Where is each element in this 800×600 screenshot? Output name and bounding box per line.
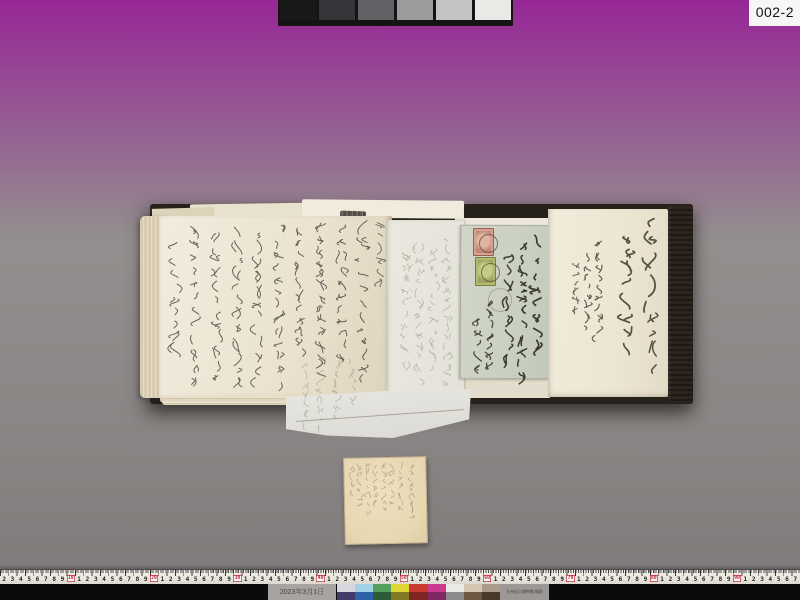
ruler-number: 2 bbox=[167, 575, 175, 585]
color-patch bbox=[355, 592, 373, 600]
ruler-number: 1 bbox=[75, 575, 83, 585]
ruler-number: 6 bbox=[33, 575, 41, 585]
ruler-number: 4 bbox=[183, 575, 191, 585]
color-patch bbox=[446, 584, 464, 592]
ruler-number: 7 bbox=[541, 575, 549, 585]
ruler-number: 5 bbox=[775, 575, 783, 585]
color-patch bbox=[373, 592, 391, 600]
archival-photograph: 002-2 2345678910123456789201234567893012… bbox=[0, 0, 800, 600]
grayscale-patch bbox=[280, 0, 316, 20]
ruler-number: 2 bbox=[250, 575, 258, 585]
ruler-number: 80 bbox=[650, 575, 658, 582]
color-patch bbox=[409, 592, 427, 600]
grayscale-patch bbox=[319, 0, 355, 20]
hanging-tissue-sheet bbox=[286, 389, 471, 438]
ruler-number: 9 bbox=[641, 575, 649, 585]
date-stamp: 2023年3月1日 bbox=[268, 584, 336, 600]
color-patch bbox=[337, 592, 355, 600]
grayscale-patch bbox=[358, 0, 394, 20]
ruler-number: 5 bbox=[275, 575, 283, 585]
ruler-number: 7 bbox=[375, 575, 383, 585]
ruler-number: 3 bbox=[591, 575, 599, 585]
ruler-number: 7 bbox=[291, 575, 299, 585]
color-patch bbox=[409, 584, 427, 592]
ruler-number: 2 bbox=[416, 575, 424, 585]
ruler-number: 8 bbox=[217, 575, 225, 585]
color-bar-bottom-row bbox=[337, 592, 500, 600]
ruler-number: 1 bbox=[325, 575, 333, 585]
postmark-circle bbox=[488, 288, 512, 312]
ruler-number: 9 bbox=[391, 575, 399, 585]
ruler-number: 8 bbox=[50, 575, 58, 585]
ruler-number: 4 bbox=[516, 575, 524, 585]
ruler-number: 1 bbox=[658, 575, 666, 585]
ruler-number: 6 bbox=[366, 575, 374, 585]
ruler-number: 1 bbox=[408, 575, 416, 585]
ruler-number: 6 bbox=[700, 575, 708, 585]
color-patch bbox=[373, 584, 391, 592]
grayscale-patch bbox=[436, 0, 472, 20]
ruler-number: 5 bbox=[25, 575, 33, 585]
ruler-number: 2 bbox=[500, 575, 508, 585]
ruler-number: 7 bbox=[42, 575, 50, 585]
ruler-number: 7 bbox=[458, 575, 466, 585]
ruler-number: 6 bbox=[283, 575, 291, 585]
color-patch bbox=[464, 592, 482, 600]
footer-strip: 2023年3月1日 九州国立博物館 撮影 bbox=[0, 584, 800, 600]
ruler-number: 9 bbox=[475, 575, 483, 585]
color-patch bbox=[464, 584, 482, 592]
ruler-number: 3 bbox=[341, 575, 349, 585]
ruler-number: 6 bbox=[117, 575, 125, 585]
museum-credit: 九州国立博物館 撮影 bbox=[500, 584, 549, 600]
ruler-number: 8 bbox=[633, 575, 641, 585]
scale-ruler: 2345678910123456789201234567893012345678… bbox=[0, 569, 800, 585]
grayscale-patch bbox=[397, 0, 433, 20]
ruler-number: 5 bbox=[441, 575, 449, 585]
ruler-number: 8 bbox=[466, 575, 474, 585]
handwritten-note-card bbox=[343, 456, 428, 545]
ruler-number: 5 bbox=[525, 575, 533, 585]
color-patch bbox=[355, 584, 373, 592]
ruler-number: 30 bbox=[233, 575, 241, 582]
ruler-number: 3 bbox=[175, 575, 183, 585]
color-patch bbox=[428, 592, 446, 600]
right-page bbox=[548, 209, 668, 397]
ruler-number: 1 bbox=[491, 575, 499, 585]
color-patch bbox=[337, 584, 355, 592]
postmark-circle bbox=[479, 234, 498, 253]
ruler-number: 4 bbox=[100, 575, 108, 585]
ruler-number: 9 bbox=[225, 575, 233, 585]
color-calibration-bar bbox=[337, 584, 500, 600]
ruler-number: 8 bbox=[716, 575, 724, 585]
color-patch bbox=[482, 592, 500, 600]
ruler-number: 4 bbox=[766, 575, 774, 585]
ruler-number: 90 bbox=[733, 575, 741, 582]
ruler-number: 8 bbox=[300, 575, 308, 585]
ruler-number: 4 bbox=[350, 575, 358, 585]
ruler-number: 4 bbox=[17, 575, 25, 585]
ruler-number: 3 bbox=[258, 575, 266, 585]
ruler-number: 7 bbox=[708, 575, 716, 585]
ruler-number: 2 bbox=[0, 575, 8, 585]
ruler-number: 3 bbox=[425, 575, 433, 585]
ruler-number: 3 bbox=[8, 575, 16, 585]
color-patch bbox=[428, 584, 446, 592]
ruler-number: 4 bbox=[433, 575, 441, 585]
grayscale-calibration-bar bbox=[278, 0, 513, 26]
ruler-number: 9 bbox=[725, 575, 733, 585]
ruler-number: 1 bbox=[575, 575, 583, 585]
ruler-number: 5 bbox=[608, 575, 616, 585]
ruler-number: 9 bbox=[58, 575, 66, 585]
ruler-number: 5 bbox=[691, 575, 699, 585]
ruler-numbers: 2345678910123456789201234567893012345678… bbox=[0, 575, 800, 585]
ruler-number: 1 bbox=[242, 575, 250, 585]
ruler-number: 3 bbox=[758, 575, 766, 585]
ruler-number: 4 bbox=[267, 575, 275, 585]
ruler-number: 7 bbox=[208, 575, 216, 585]
middle-letter-sheet bbox=[386, 220, 464, 398]
ruler-number: 7 bbox=[791, 575, 799, 585]
left-page bbox=[160, 216, 392, 402]
ruler-number: 5 bbox=[358, 575, 366, 585]
ruler-number: 9 bbox=[558, 575, 566, 585]
color-patch bbox=[391, 584, 409, 592]
ruler-number: 6 bbox=[616, 575, 624, 585]
color-patch bbox=[391, 592, 409, 600]
ruler-number: 1 bbox=[158, 575, 166, 585]
ruler-number: 10 bbox=[67, 575, 75, 582]
ruler-number: 1 bbox=[741, 575, 749, 585]
ruler-number: 50 bbox=[400, 575, 408, 582]
ruler-number: 6 bbox=[200, 575, 208, 585]
ruler-number: 3 bbox=[675, 575, 683, 585]
ruler-number: 9 bbox=[308, 575, 316, 585]
color-patch bbox=[446, 592, 464, 600]
ruler-number: 4 bbox=[683, 575, 691, 585]
ruler-number: 7 bbox=[625, 575, 633, 585]
ruler-number: 4 bbox=[600, 575, 608, 585]
ruler-number: 7 bbox=[125, 575, 133, 585]
ruler-number: 70 bbox=[566, 575, 574, 582]
ruler-number: 2 bbox=[666, 575, 674, 585]
photo-id-label: 002-2 bbox=[749, 0, 800, 26]
ruler-number: 2 bbox=[750, 575, 758, 585]
cover-right-edge bbox=[668, 206, 693, 402]
ruler-number: 60 bbox=[483, 575, 491, 582]
ruler-number: 5 bbox=[192, 575, 200, 585]
ruler-number: 6 bbox=[450, 575, 458, 585]
ruler-number: 40 bbox=[316, 575, 324, 582]
ruler-number: 9 bbox=[142, 575, 150, 585]
ruler-number: 5 bbox=[108, 575, 116, 585]
ruler-number: 2 bbox=[583, 575, 591, 585]
color-bar-top-row bbox=[337, 584, 500, 592]
ruler-number: 20 bbox=[150, 575, 158, 582]
ruler-number: 2 bbox=[333, 575, 341, 585]
ruler-number: 8 bbox=[133, 575, 141, 585]
ruler-number: 8 bbox=[550, 575, 558, 585]
grayscale-patch bbox=[475, 0, 511, 20]
ruler-number: 6 bbox=[783, 575, 791, 585]
ruler-number: 3 bbox=[508, 575, 516, 585]
ruler-number: 6 bbox=[533, 575, 541, 585]
color-patch bbox=[482, 584, 500, 592]
ruler-number: 3 bbox=[92, 575, 100, 585]
postmark-circle bbox=[481, 263, 500, 282]
ruler-number: 2 bbox=[83, 575, 91, 585]
ruler-number: 8 bbox=[383, 575, 391, 585]
